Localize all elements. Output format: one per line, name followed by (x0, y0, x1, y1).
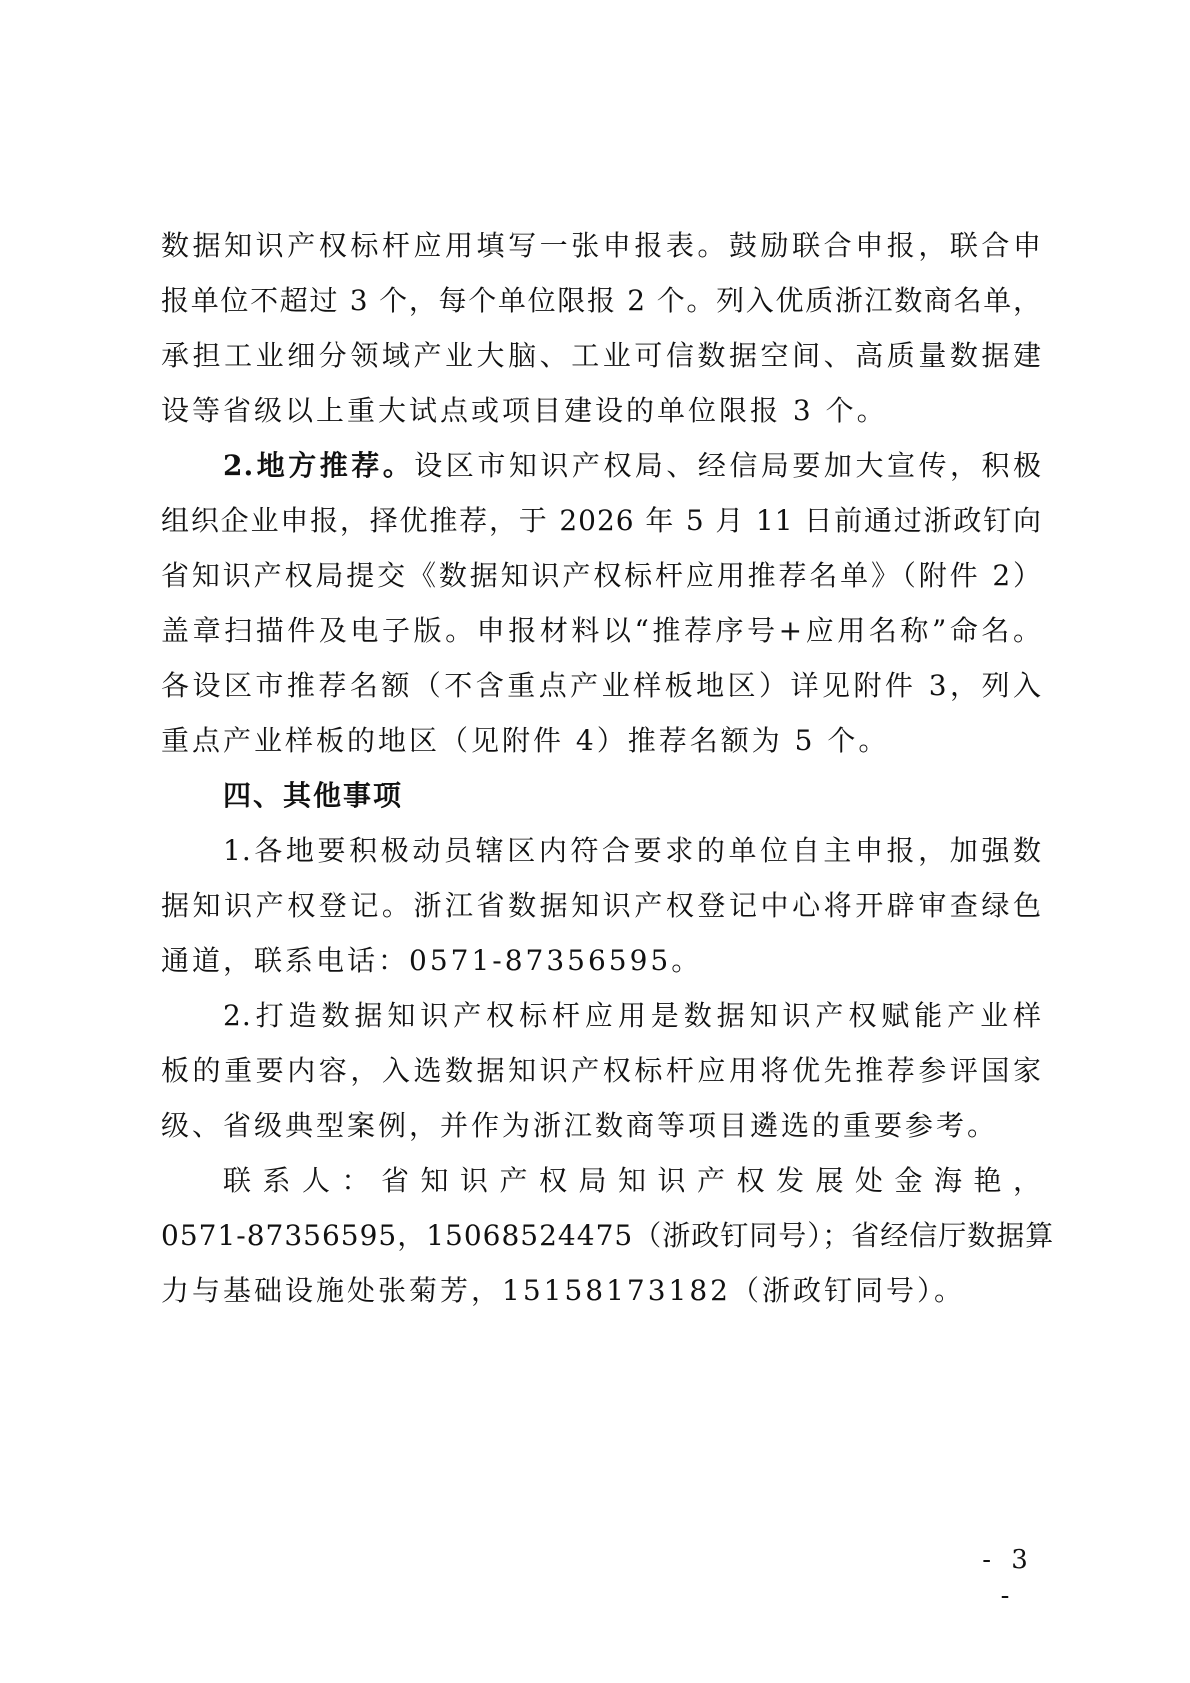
paragraph-line: 报单位不超过 3 个，每个单位限报 2 个。列入优质浙江数商名单， (161, 273, 1042, 328)
subheading-local-recommendation: 2.地方推荐。 (223, 449, 414, 482)
paragraph-line: 设等省级以上重大试点或项目建设的单位限报 3 个。 (161, 383, 1042, 438)
paragraph-line: 2.地方推荐。设区市知识产权局、经信局要加大宣传，积极 (161, 438, 1042, 493)
paragraph-line: 承担工业细分领域产业大脑、工业可信数据空间、高质量数据建 (161, 328, 1042, 383)
paragraph-line: 2.打造数据知识产权标杆应用是数据知识产权赋能产业样 (161, 988, 1042, 1043)
paragraph-line: 据知识产权登记。浙江省数据知识产权登记中心将开辟审查绿色 (161, 878, 1042, 933)
document-body: 数据知识产权标杆应用填写一张申报表。鼓励联合申报，联合申 报单位不超过 3 个，… (161, 218, 1042, 1318)
paragraph-line: 数据知识产权标杆应用填写一张申报表。鼓励联合申报，联合申 (161, 218, 1042, 273)
paragraph-line: 盖章扫描件及电子版。申报材料以“推荐序号+应用名称”命名。 (161, 603, 1042, 658)
paragraph-line: 组织企业申报，择优推荐，于 2026 年 5 月 11 日前通过浙政钉向 (161, 493, 1042, 548)
paragraph-line: 重点产业样板的地区（见附件 4）推荐名额为 5 个。 (161, 713, 1042, 768)
contact-line: 力与基础设施处张菊芳，15158173182（浙政钉同号）。 (161, 1263, 1042, 1318)
paragraph-line: 省知识产权局提交《数据知识产权标杆应用推荐名单》（附件 2） (161, 548, 1042, 603)
page-number: - 3 - (968, 1542, 1048, 1614)
paragraph-line: 1.各地要积极动员辖区内符合要求的单位自主申报，加强数 (161, 823, 1042, 878)
contact-line: 联系人：省知识产权局知识产权发展处金海艳， (161, 1153, 1042, 1208)
section-heading-other-matters: 四、其他事项 (161, 768, 1042, 823)
contact-line: 0571-87356595，15068524475（浙政钉同号）；省经信厅数据算 (161, 1208, 1042, 1263)
paragraph-line: 各设区市推荐名额（不含重点产业样板地区）详见附件 3，列入 (161, 658, 1042, 713)
paragraph-line: 通道，联系电话：0571-87356595。 (161, 933, 1042, 988)
paragraph-line: 板的重要内容，入选数据知识产权标杆应用将优先推荐参评国家 (161, 1043, 1042, 1098)
paragraph-text: 设区市知识产权局、经信局要加大宣传，积极 (414, 449, 1042, 482)
paragraph-line: 级、省级典型案例，并作为浙江数商等项目遴选的重要参考。 (161, 1098, 1042, 1153)
document-page: 数据知识产权标杆应用填写一张申报表。鼓励联合申报，联合申 报单位不超过 3 个，… (0, 0, 1190, 1683)
